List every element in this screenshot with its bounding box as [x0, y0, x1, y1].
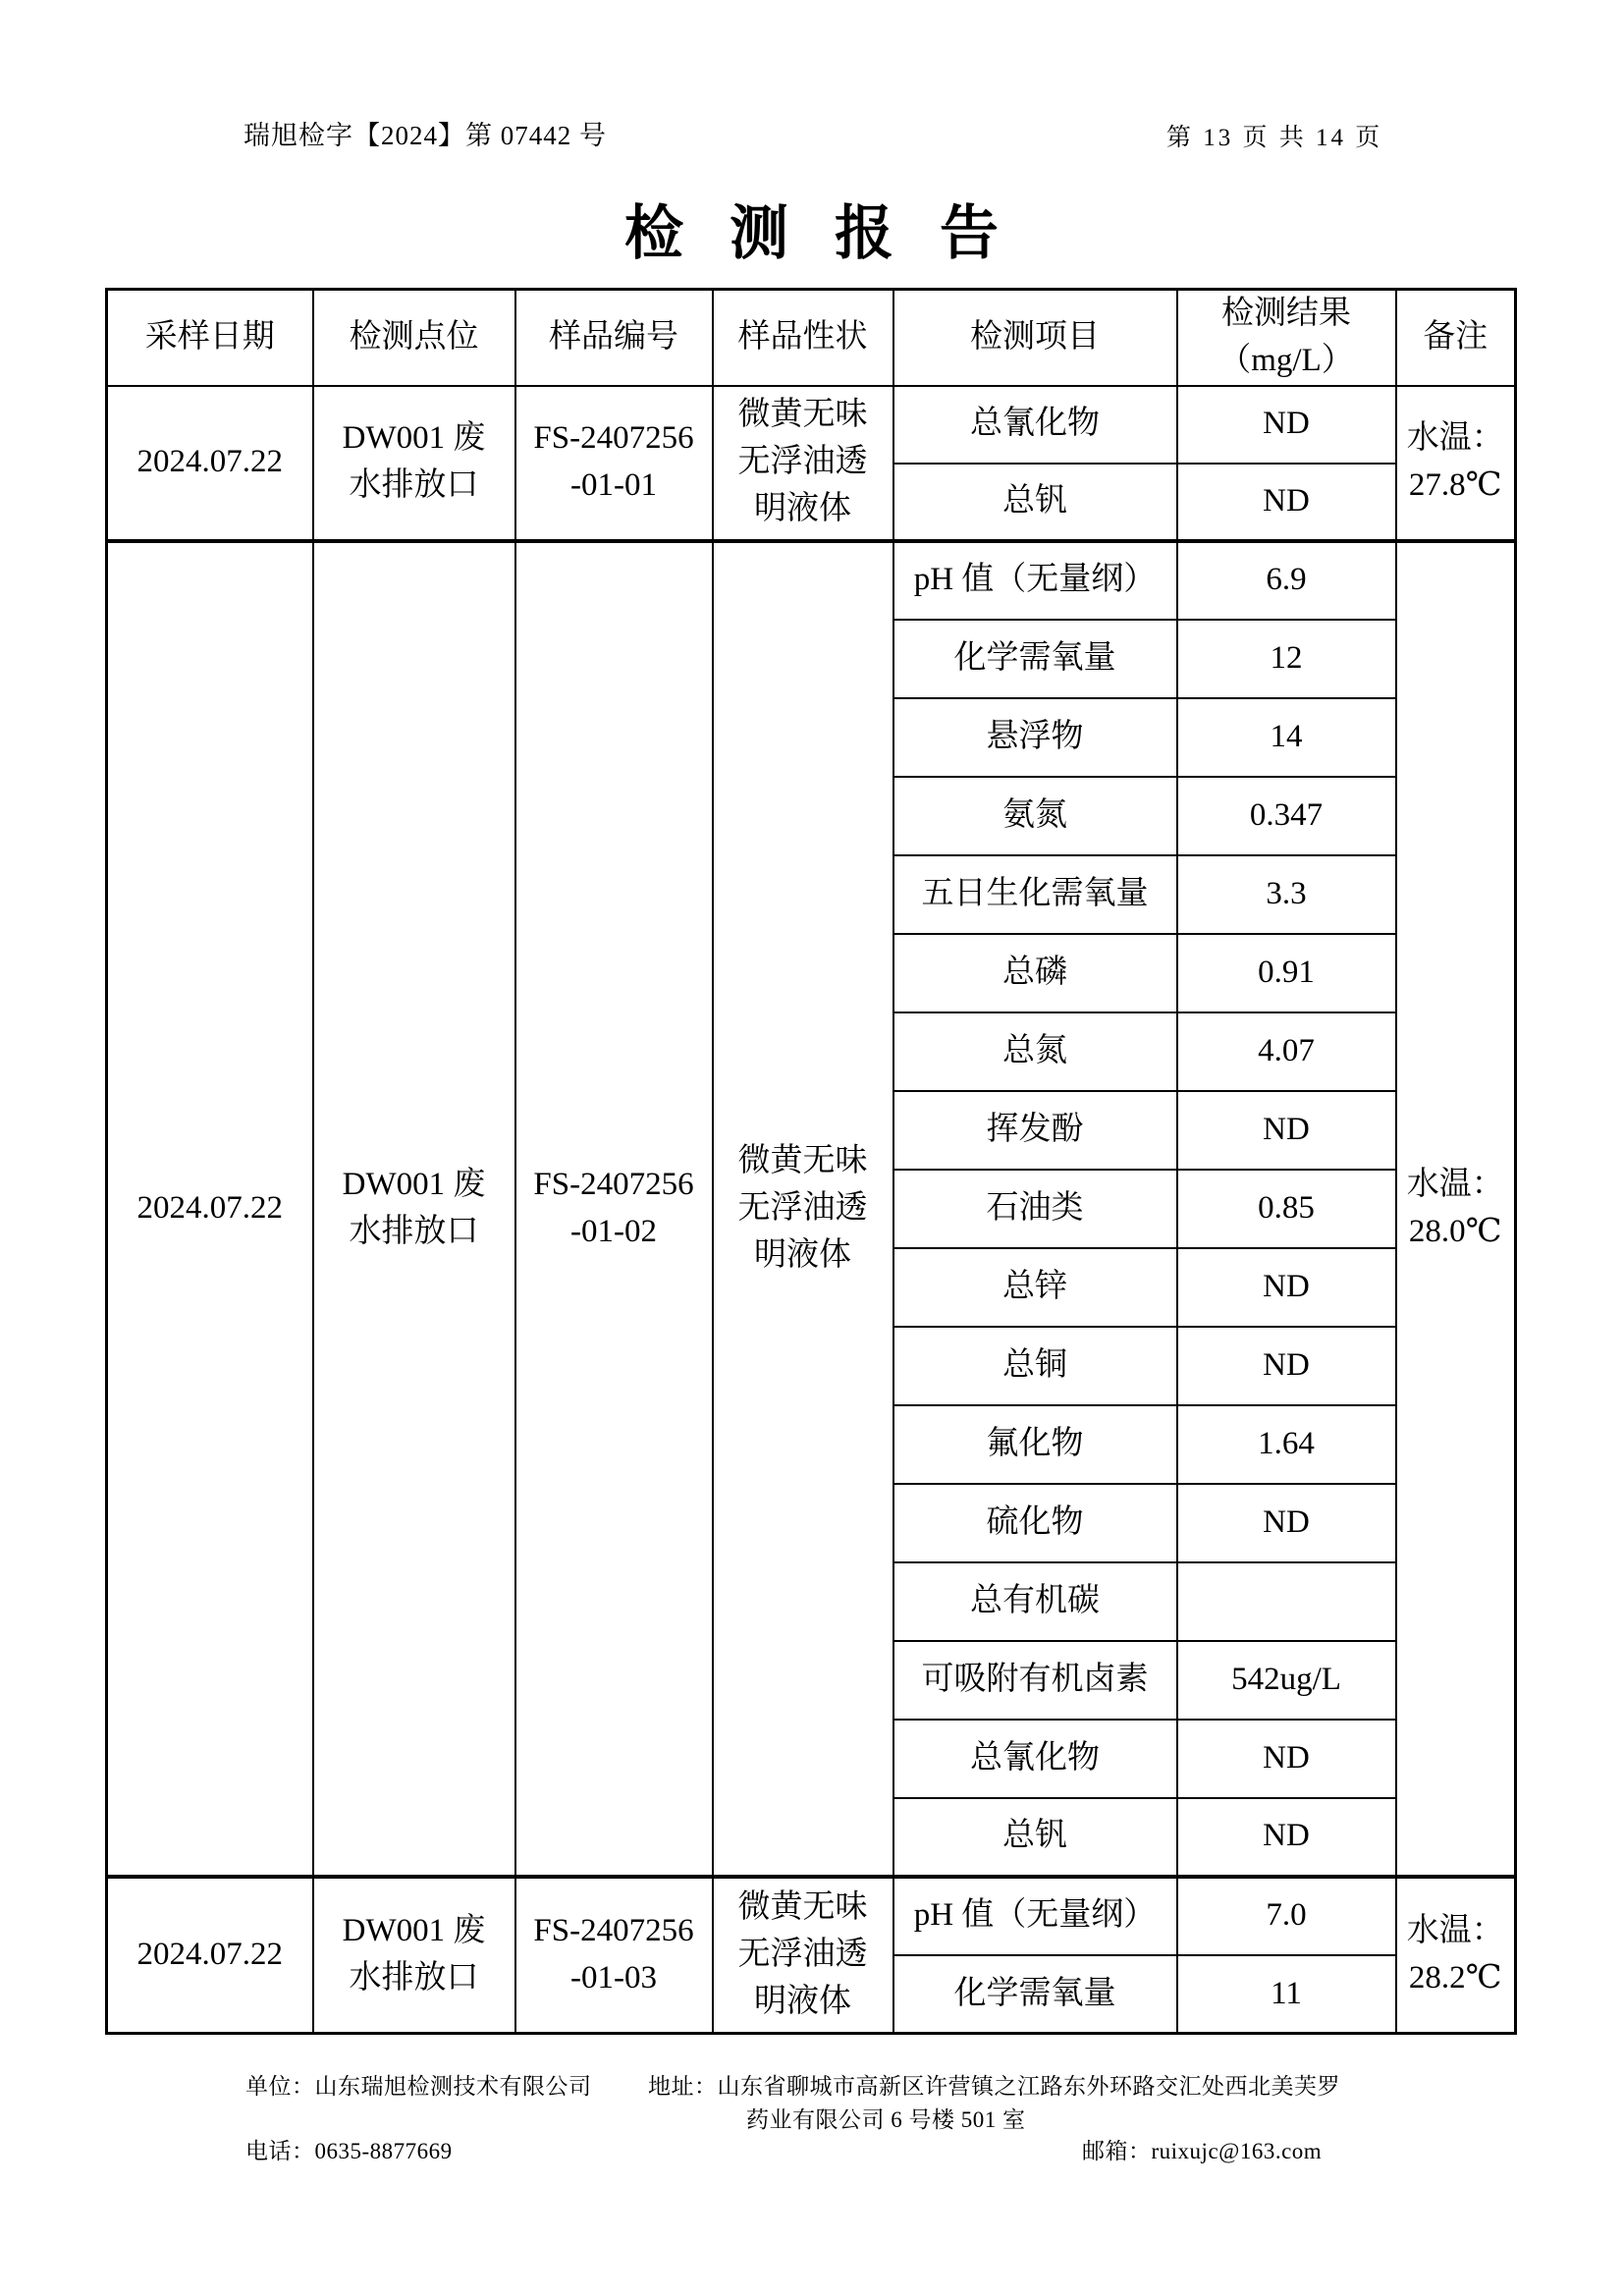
item-name-cell: 氟化物 — [893, 1405, 1177, 1484]
item-name-cell: 氨氮 — [893, 777, 1177, 855]
footer-email: 邮箱：ruixujc@163.com — [1082, 2133, 1322, 2165]
item-name-cell: 五日生化需氧量 — [893, 855, 1177, 934]
remark-cell: 水温： 27.8℃ — [1396, 386, 1516, 541]
item-result-cell: 0.347 — [1177, 777, 1396, 855]
item-name-cell: pH 值（无量纲） — [893, 541, 1177, 620]
sample-code-cell: FS-2407256 -01-02 — [515, 541, 713, 1877]
item-name-cell: 总磷 — [893, 934, 1177, 1012]
item-result-cell: ND — [1177, 1798, 1396, 1877]
sample-date-cell: 2024.07.22 — [107, 386, 313, 541]
sample-date-cell: 2024.07.22 — [107, 541, 313, 1877]
sample-character-cell: 微黄无味 无浮油透 明液体 — [713, 1877, 893, 2034]
col-header-remark: 备注 — [1396, 290, 1516, 386]
remark-cell: 水温： 28.2℃ — [1396, 1877, 1516, 2034]
sample-date-cell: 2024.07.22 — [107, 1877, 313, 2034]
item-name-cell: 总锌 — [893, 1248, 1177, 1327]
col-header-character: 样品性状 — [713, 290, 893, 386]
table-header-row: 采样日期 检测点位 样品编号 样品性状 检测项目 检测结果 （mg/L） 备注 — [107, 290, 1516, 386]
footer-address-line2: 药业有限公司 6 号楼 501 室 — [746, 2102, 1026, 2134]
sample-point-cell: DW001 废 水排放口 — [313, 386, 515, 541]
report-page-indicator: 第 13 页 共 14 页 — [1166, 118, 1382, 153]
item-result-cell: ND — [1177, 1720, 1396, 1798]
item-result-cell: 12 — [1177, 620, 1396, 698]
sample-point-cell: DW001 废 水排放口 — [313, 1877, 515, 2034]
item-result-cell: 6.9 — [1177, 541, 1396, 620]
item-result-cell: ND — [1177, 1484, 1396, 1562]
item-result-cell — [1177, 1562, 1396, 1641]
footer-company: 单位：山东瑞旭检测技术有限公司 — [245, 2068, 592, 2101]
item-result-cell: 4.07 — [1177, 1012, 1396, 1091]
table-row: 2024.07.22 DW001 废 水排放口 FS-2407256 -01-0… — [107, 1877, 1516, 1955]
item-result-cell: 7.0 — [1177, 1877, 1396, 1955]
sample-code-cell: FS-2407256 -01-01 — [515, 386, 713, 541]
col-header-date: 采样日期 — [107, 290, 313, 386]
table-row: 2024.07.22 DW001 废 水排放口 FS-2407256 -01-0… — [107, 386, 1516, 464]
footer-phone: 电话：0635-8877669 — [245, 2133, 453, 2165]
col-header-result: 检测结果 （mg/L） — [1177, 290, 1396, 386]
item-name-cell: 总有机碳 — [893, 1562, 1177, 1641]
item-name-cell: 总钒 — [893, 1798, 1177, 1877]
item-result-cell: 1.64 — [1177, 1405, 1396, 1484]
table-row: 2024.07.22 DW001 废 水排放口 FS-2407256 -01-0… — [107, 541, 1516, 620]
item-name-cell: 硫化物 — [893, 1484, 1177, 1562]
item-result-cell: 0.91 — [1177, 934, 1396, 1012]
report-doc-number: 瑞旭检字【2024】第 07442 号 — [243, 114, 607, 152]
item-name-cell: 挥发酚 — [893, 1091, 1177, 1170]
col-header-point: 检测点位 — [313, 290, 515, 386]
item-name-cell: 总钒 — [893, 464, 1177, 541]
item-result-cell: 0.85 — [1177, 1170, 1396, 1248]
item-name-cell: 悬浮物 — [893, 698, 1177, 777]
item-name-cell: 总氰化物 — [893, 386, 1177, 464]
col-header-item: 检测项目 — [893, 290, 1177, 386]
remark-cell: 水温： 28.0℃ — [1396, 541, 1516, 1877]
report-page: 瑞旭检字【2024】第 07442 号 第 13 页 共 14 页 检 测 报 … — [0, 0, 1623, 2296]
item-name-cell: 化学需氧量 — [893, 620, 1177, 698]
col-header-code: 样品编号 — [515, 290, 713, 386]
item-name-cell: 化学需氧量 — [893, 1955, 1177, 2034]
report-table: 采样日期 检测点位 样品编号 样品性状 检测项目 检测结果 （mg/L） 备注 … — [105, 288, 1517, 2035]
item-result-cell: 11 — [1177, 1955, 1396, 2034]
item-result-cell: ND — [1177, 1091, 1396, 1170]
item-result-cell: ND — [1177, 1327, 1396, 1405]
item-result-cell: ND — [1177, 386, 1396, 464]
item-name-cell: 可吸附有机卤素 — [893, 1641, 1177, 1720]
item-result-cell: 542ug/L — [1177, 1641, 1396, 1720]
sample-code-cell: FS-2407256 -01-03 — [515, 1877, 713, 2034]
sample-character-cell: 微黄无味 无浮油透 明液体 — [713, 386, 893, 541]
item-result-cell: 14 — [1177, 698, 1396, 777]
report-title: 检 测 报 告 — [0, 187, 1623, 271]
item-name-cell: pH 值（无量纲） — [893, 1877, 1177, 1955]
item-name-cell: 总氰化物 — [893, 1720, 1177, 1798]
footer-address-line1: 地址：山东省聊城市高新区许营镇之江路东外环路交汇处西北美芙罗 — [648, 2068, 1340, 2101]
item-result-cell: 3.3 — [1177, 855, 1396, 934]
item-name-cell: 总铜 — [893, 1327, 1177, 1405]
sample-character-cell: 微黄无味 无浮油透 明液体 — [713, 541, 893, 1877]
sample-point-cell: DW001 废 水排放口 — [313, 541, 515, 1877]
item-name-cell: 石油类 — [893, 1170, 1177, 1248]
item-result-cell: ND — [1177, 1248, 1396, 1327]
item-name-cell: 总氮 — [893, 1012, 1177, 1091]
item-result-cell: ND — [1177, 464, 1396, 541]
